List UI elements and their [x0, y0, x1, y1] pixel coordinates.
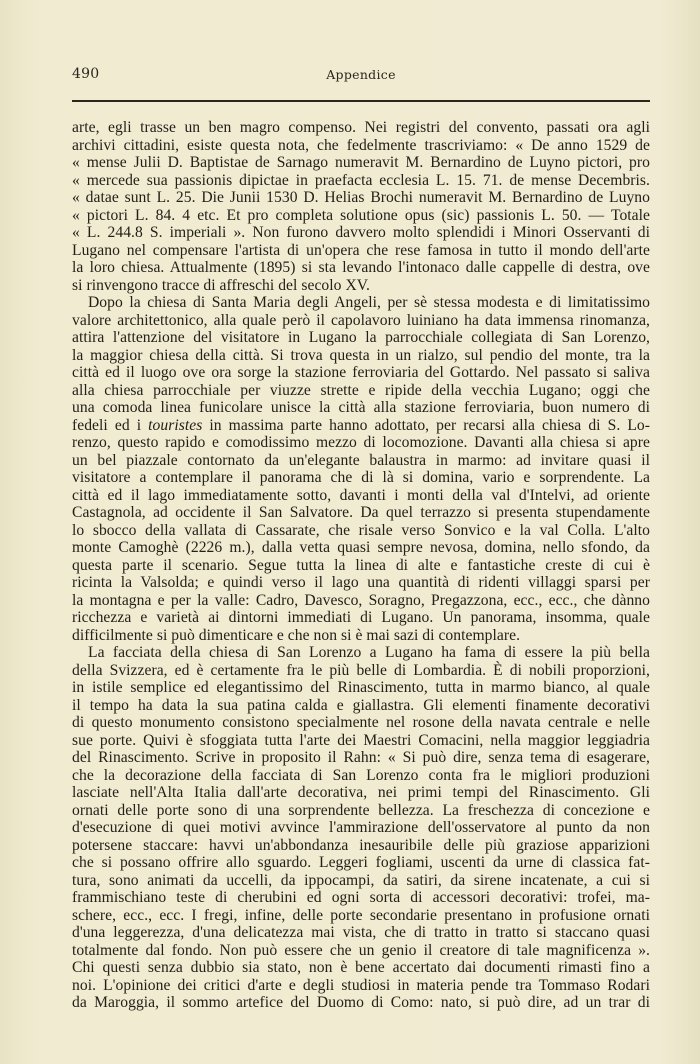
- italic-term: touristes: [148, 417, 202, 434]
- text-line: renzo, questo rapido e comodissimo mezzo…: [72, 434, 650, 452]
- text-line: si rinvengono tracce di affreschi del se…: [72, 277, 650, 295]
- text-line: città ed il lago immediatamente sotto, d…: [72, 487, 650, 505]
- text-line: schere, ecc., ecc. I fregi, infine, dell…: [72, 907, 650, 925]
- page-header: 490 Appendice: [72, 66, 650, 86]
- text-line: frammischiano teste di cherubini ed ogni…: [72, 889, 650, 907]
- text-line: del Rinascimento. Scrive in proposito il…: [72, 749, 650, 767]
- running-head: Appendice: [72, 67, 650, 82]
- text-line: la maggior chiesa della città. Si trova …: [72, 347, 650, 365]
- text-run: in massima parte hanno adottato, per rec…: [202, 417, 650, 434]
- text-line: questa parte il scenario. Segue tutta la…: [72, 557, 650, 575]
- text-line: Lugano nel compensare l'artista di un'op…: [72, 242, 650, 260]
- text-line: « mercede sua passionis dipictae in prae…: [72, 172, 650, 190]
- text-line: archivi cittadini, esiste questa nota, c…: [72, 137, 650, 155]
- text-line: una comoda linea funicolare unisce la ci…: [72, 399, 650, 417]
- text-line: valore architettonico, alla quale però i…: [72, 312, 650, 330]
- text-line: in istile semplice ed elegantissimo del …: [72, 679, 650, 697]
- text-line: che si possano offrire allo sguardo. Leg…: [72, 854, 650, 872]
- text-run: fedeli ed i: [72, 417, 148, 434]
- text-line: lo sbocco della vallata di Cassarate, ch…: [72, 522, 650, 540]
- text-line: difficilmente si può dimenticare e che n…: [72, 627, 650, 645]
- text-line: « datae sunt L. 25. Die Junii 1530 D. He…: [72, 189, 650, 207]
- text-line: ornati delle porte sono di una sorprende…: [72, 802, 650, 820]
- text-line: attira l'attenzione del visitatore in Lu…: [72, 329, 650, 347]
- text-line: Dopo la chiesa di Santa Maria degli Ange…: [72, 294, 650, 312]
- text-line: lasciate nell'Alta Italia dall'arte deco…: [72, 784, 650, 802]
- text-line: arte, egli trasse un ben magro compenso.…: [72, 119, 650, 137]
- text-line: alla chiesa parrocchiale per viuzze stre…: [72, 382, 650, 400]
- header-rule: [72, 100, 650, 102]
- text-line: Castagnola, ad occidente il San Salvator…: [72, 504, 650, 522]
- text-line: città ed il luogo ove ora sorge la stazi…: [72, 364, 650, 382]
- text-line: ricinta la Valsolda; e quindi verso il l…: [72, 574, 650, 592]
- text-line: Chi questi senza dubbio sia stato, non è…: [72, 959, 650, 977]
- text-line: la loro chiesa. Attualmente (1895) si st…: [72, 259, 650, 277]
- text-line: « pictori L. 84. 4 etc. Et pro completa …: [72, 207, 650, 225]
- text-line: fedeli ed i touristes in massima parte h…: [72, 417, 650, 435]
- text-line: La facciata della chiesa di San Lorenzo …: [72, 644, 650, 662]
- text-line: tura, sono animati da uccelli, da ippoca…: [72, 872, 650, 890]
- text-line: della Svizzera, ed è certamente fra le p…: [72, 662, 650, 680]
- text-line: monte Camoghè (2226 m.), dalla vetta qua…: [72, 539, 650, 557]
- text-line: da Maroggia, il sommo artefice del Duomo…: [72, 994, 650, 1012]
- text-line: un bel piazzale contornato da un'elegant…: [72, 452, 650, 470]
- text-line: la montagna e per la valle: Cadro, Daves…: [72, 592, 650, 610]
- text-line: d'esecuzione di quei motivi avvince l'am…: [72, 819, 650, 837]
- text-line: il tempo ha data la sua patina calda e g…: [72, 697, 650, 715]
- text-line: totalmente dal fondo. Non può essere che…: [72, 942, 650, 960]
- text-line: che la decorazione della facciata di San…: [72, 767, 650, 785]
- text-line: potersene staccare: havvi un'abbondanza …: [72, 837, 650, 855]
- text-line: « mense Julii D. Baptistae de Sarnago nu…: [72, 154, 650, 172]
- text-line: ricchezza e varietà ai dintorni immediat…: [72, 609, 650, 627]
- text-line: noi. L'opinione dei critici d'arte e deg…: [72, 977, 650, 995]
- text-line: d'una leggerezza, d'una delicatezza mai …: [72, 924, 650, 942]
- text-line: visitatore a contemplare il panorama che…: [72, 469, 650, 487]
- text-line: « L. 244.8 S. imperiali ». Non furono da…: [72, 224, 650, 242]
- text-line: sue porte. Quivi è sfoggiata tutta l'art…: [72, 732, 650, 750]
- body-text: arte, egli trasse un ben magro compenso.…: [72, 119, 650, 1012]
- text-line: di questo monumento consistono specialme…: [72, 714, 650, 732]
